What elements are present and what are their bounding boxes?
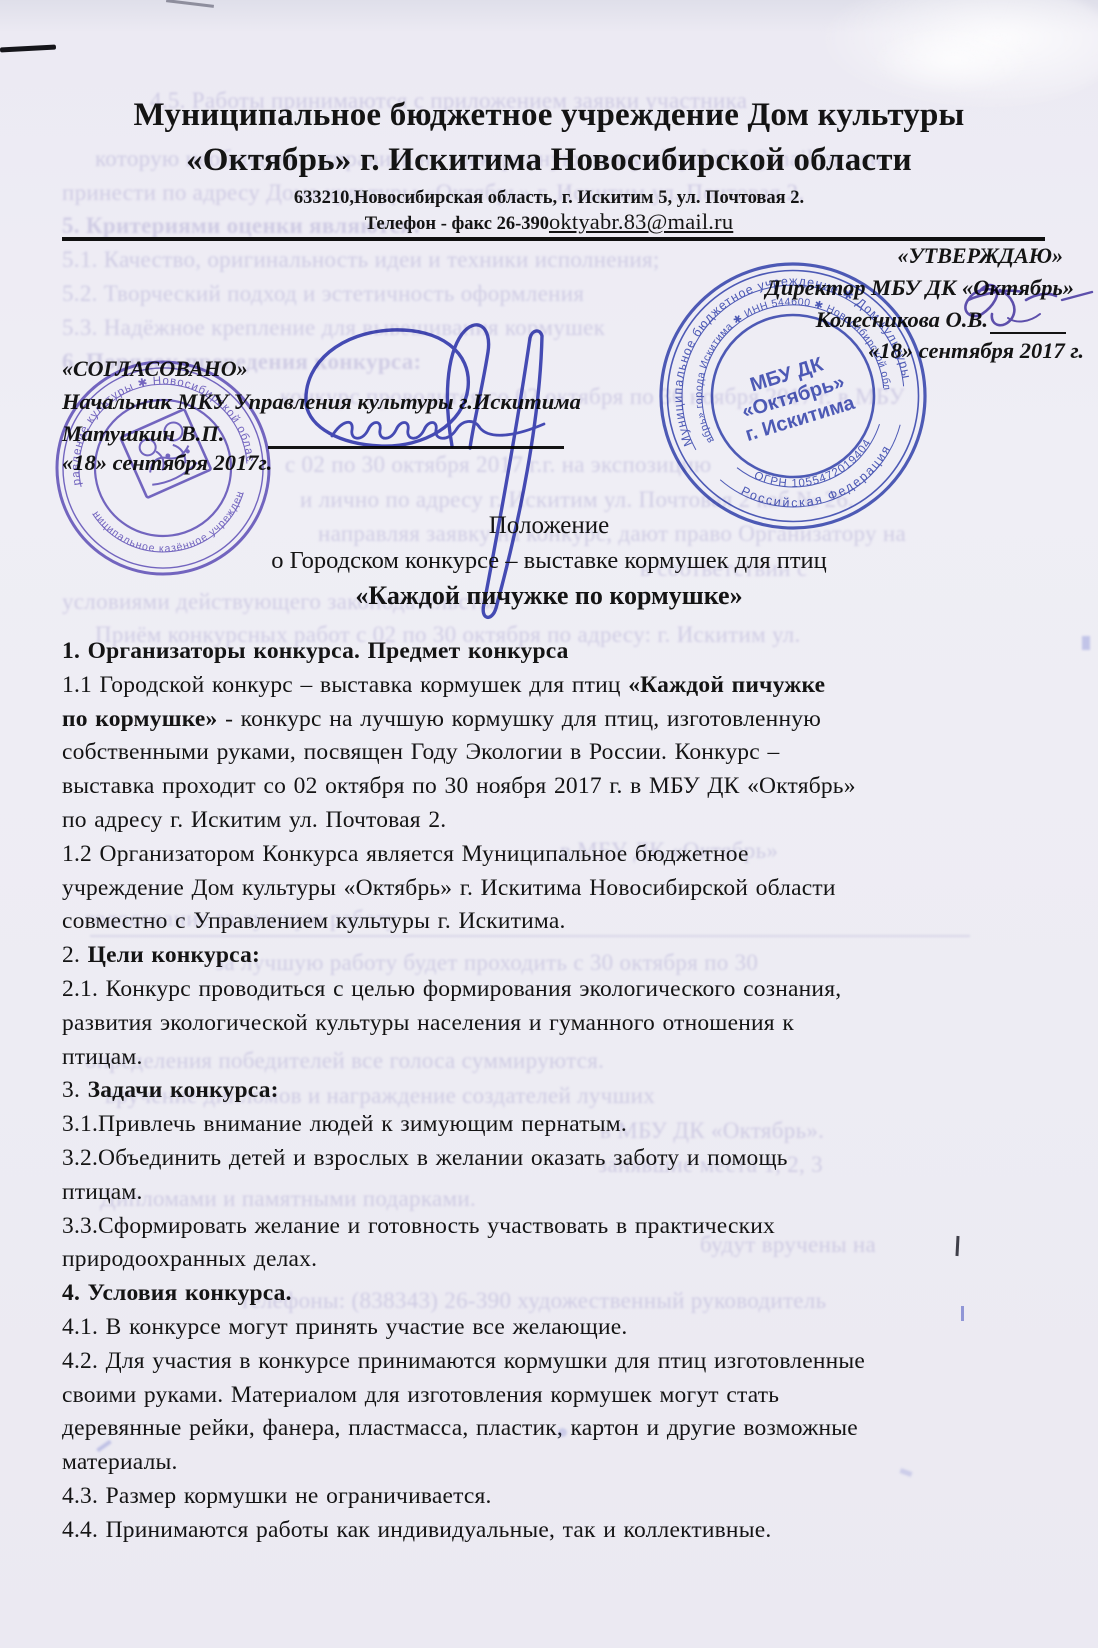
body-line: материалы.	[62, 1449, 178, 1476]
body-line: по кормушке» - конкурс на лучшую кормушк…	[62, 706, 821, 733]
body-text-segment: природоохранных делах.	[62, 1246, 317, 1272]
body-line: деревянные рейки, фанера, пластмасса, пл…	[62, 1415, 858, 1442]
body-line: учреждение Дом культуры «Октябрь» г. Иск…	[62, 875, 836, 902]
body-text-segment: птицам.	[62, 1179, 143, 1205]
body-text-segment: совместно с Управлением культуры г. Иски…	[62, 908, 566, 934]
body-line: выставка проходит со 02 октября по 30 но…	[62, 773, 856, 800]
body-text-segment: деревянные рейки, фанера, пластмасса, пл…	[62, 1415, 858, 1441]
body-text-segment: своими руками. Материалом для изготовлен…	[62, 1382, 779, 1408]
body-line: 3. Задачи конкурса:	[62, 1077, 279, 1104]
body-line: 2.1. Конкурс проводиться с целью формиро…	[62, 976, 841, 1003]
body-text-segment: 4.1. В конкурсе могут принять участие вс…	[62, 1314, 627, 1340]
body-line: птицам.	[62, 1179, 143, 1206]
body-line: 4. Условия конкурса.	[62, 1280, 292, 1307]
body-line: 1.1 Городской конкурс – выставка кормуше…	[62, 672, 825, 699]
body-text: 1. Организаторы конкурса. Предмет конкур…	[0, 0, 1098, 1648]
body-text-segment: - конкурс на лучшую кормушку для птиц, и…	[218, 706, 821, 732]
body-text-segment: 2.	[62, 942, 88, 968]
body-text-segment: Цели конкурса:	[88, 942, 260, 968]
body-line: 4.1. В конкурсе могут принять участие вс…	[62, 1314, 627, 1341]
body-line: птицам.	[62, 1044, 143, 1071]
body-text-segment: 4.2. Для участия в конкурсе принимаются …	[62, 1348, 865, 1374]
body-text-segment: учреждение Дом культуры «Октябрь» г. Иск…	[62, 875, 836, 901]
body-line: 1. Организаторы конкурса. Предмет конкур…	[62, 638, 569, 665]
body-line: 3.1.Привлечь внимание людей к зимующим п…	[62, 1111, 627, 1138]
body-line: 1.2 Организатором Конкурса является Муни…	[62, 841, 749, 868]
body-text-segment: 4.4. Принимаются работы как индивидуальн…	[62, 1517, 771, 1543]
body-text-segment: птицам.	[62, 1044, 143, 1070]
body-text-segment: по адресу г. Искитим ул. Почтовая 2.	[62, 807, 446, 833]
body-line: по адресу г. Искитим ул. Почтовая 2.	[62, 807, 446, 834]
body-text-segment: собственными руками, посвящен Году Эколо…	[62, 739, 779, 765]
body-text-segment: 4.3. Размер кормушки не ограничивается.	[62, 1483, 492, 1509]
body-text-segment: 3.3.Сформировать желание и готовность уч…	[62, 1213, 775, 1239]
ink-smudge	[558, 1428, 567, 1437]
body-text-segment: «Каждой пичужке	[628, 672, 825, 698]
body-line: 3.2.Объединить детей и взрослых в желани…	[62, 1145, 788, 1172]
body-text-segment: Задачи конкурса:	[88, 1077, 279, 1103]
body-line: 4.4. Принимаются работы как индивидуальн…	[62, 1517, 771, 1544]
body-line: развития экологической культуры населени…	[62, 1010, 794, 1037]
body-text-segment: 3.2.Объединить детей и взрослых в желани…	[62, 1145, 788, 1171]
body-text-segment: 1.2 Организатором Конкурса является Муни…	[62, 841, 749, 867]
body-text-segment: 1.1 Городской конкурс – выставка кормуше…	[62, 672, 628, 698]
ink-smudge	[1082, 636, 1090, 650]
body-text-segment: 2.1. Конкурс проводиться с целью формиро…	[62, 976, 841, 1002]
body-text-segment: развития экологической культуры населени…	[62, 1010, 794, 1036]
body-text-segment: материалы.	[62, 1449, 178, 1475]
body-line: собственными руками, посвящен Году Эколо…	[62, 739, 779, 766]
scan-mark	[961, 1306, 964, 1321]
body-text-segment: по кормушке»	[62, 706, 218, 732]
body-text-segment: выставка проходит со 02 октября по 30 но…	[62, 773, 856, 799]
body-text-segment: 1. Организаторы конкурса. Предмет конкур…	[62, 638, 569, 664]
body-text-segment: 3.1.Привлечь внимание людей к зимующим п…	[62, 1111, 627, 1137]
body-line: 4.3. Размер кормушки не ограничивается.	[62, 1483, 492, 1510]
body-line: природоохранных делах.	[62, 1246, 317, 1273]
body-text-segment: 4. Условия конкурса.	[62, 1280, 292, 1306]
body-line: совместно с Управлением культуры г. Иски…	[62, 908, 566, 935]
body-text-segment: 3.	[62, 1077, 88, 1103]
body-line: 3.3.Сформировать желание и готовность уч…	[62, 1213, 775, 1240]
body-line: 2. Цели конкурса:	[62, 942, 260, 969]
scanned-document-page: 4.5. Работы принимаются с приложением за…	[0, 0, 1098, 1648]
body-line: 4.2. Для участия в конкурсе принимаются …	[62, 1348, 865, 1375]
body-line: своими руками. Материалом для изготовлен…	[62, 1382, 779, 1409]
